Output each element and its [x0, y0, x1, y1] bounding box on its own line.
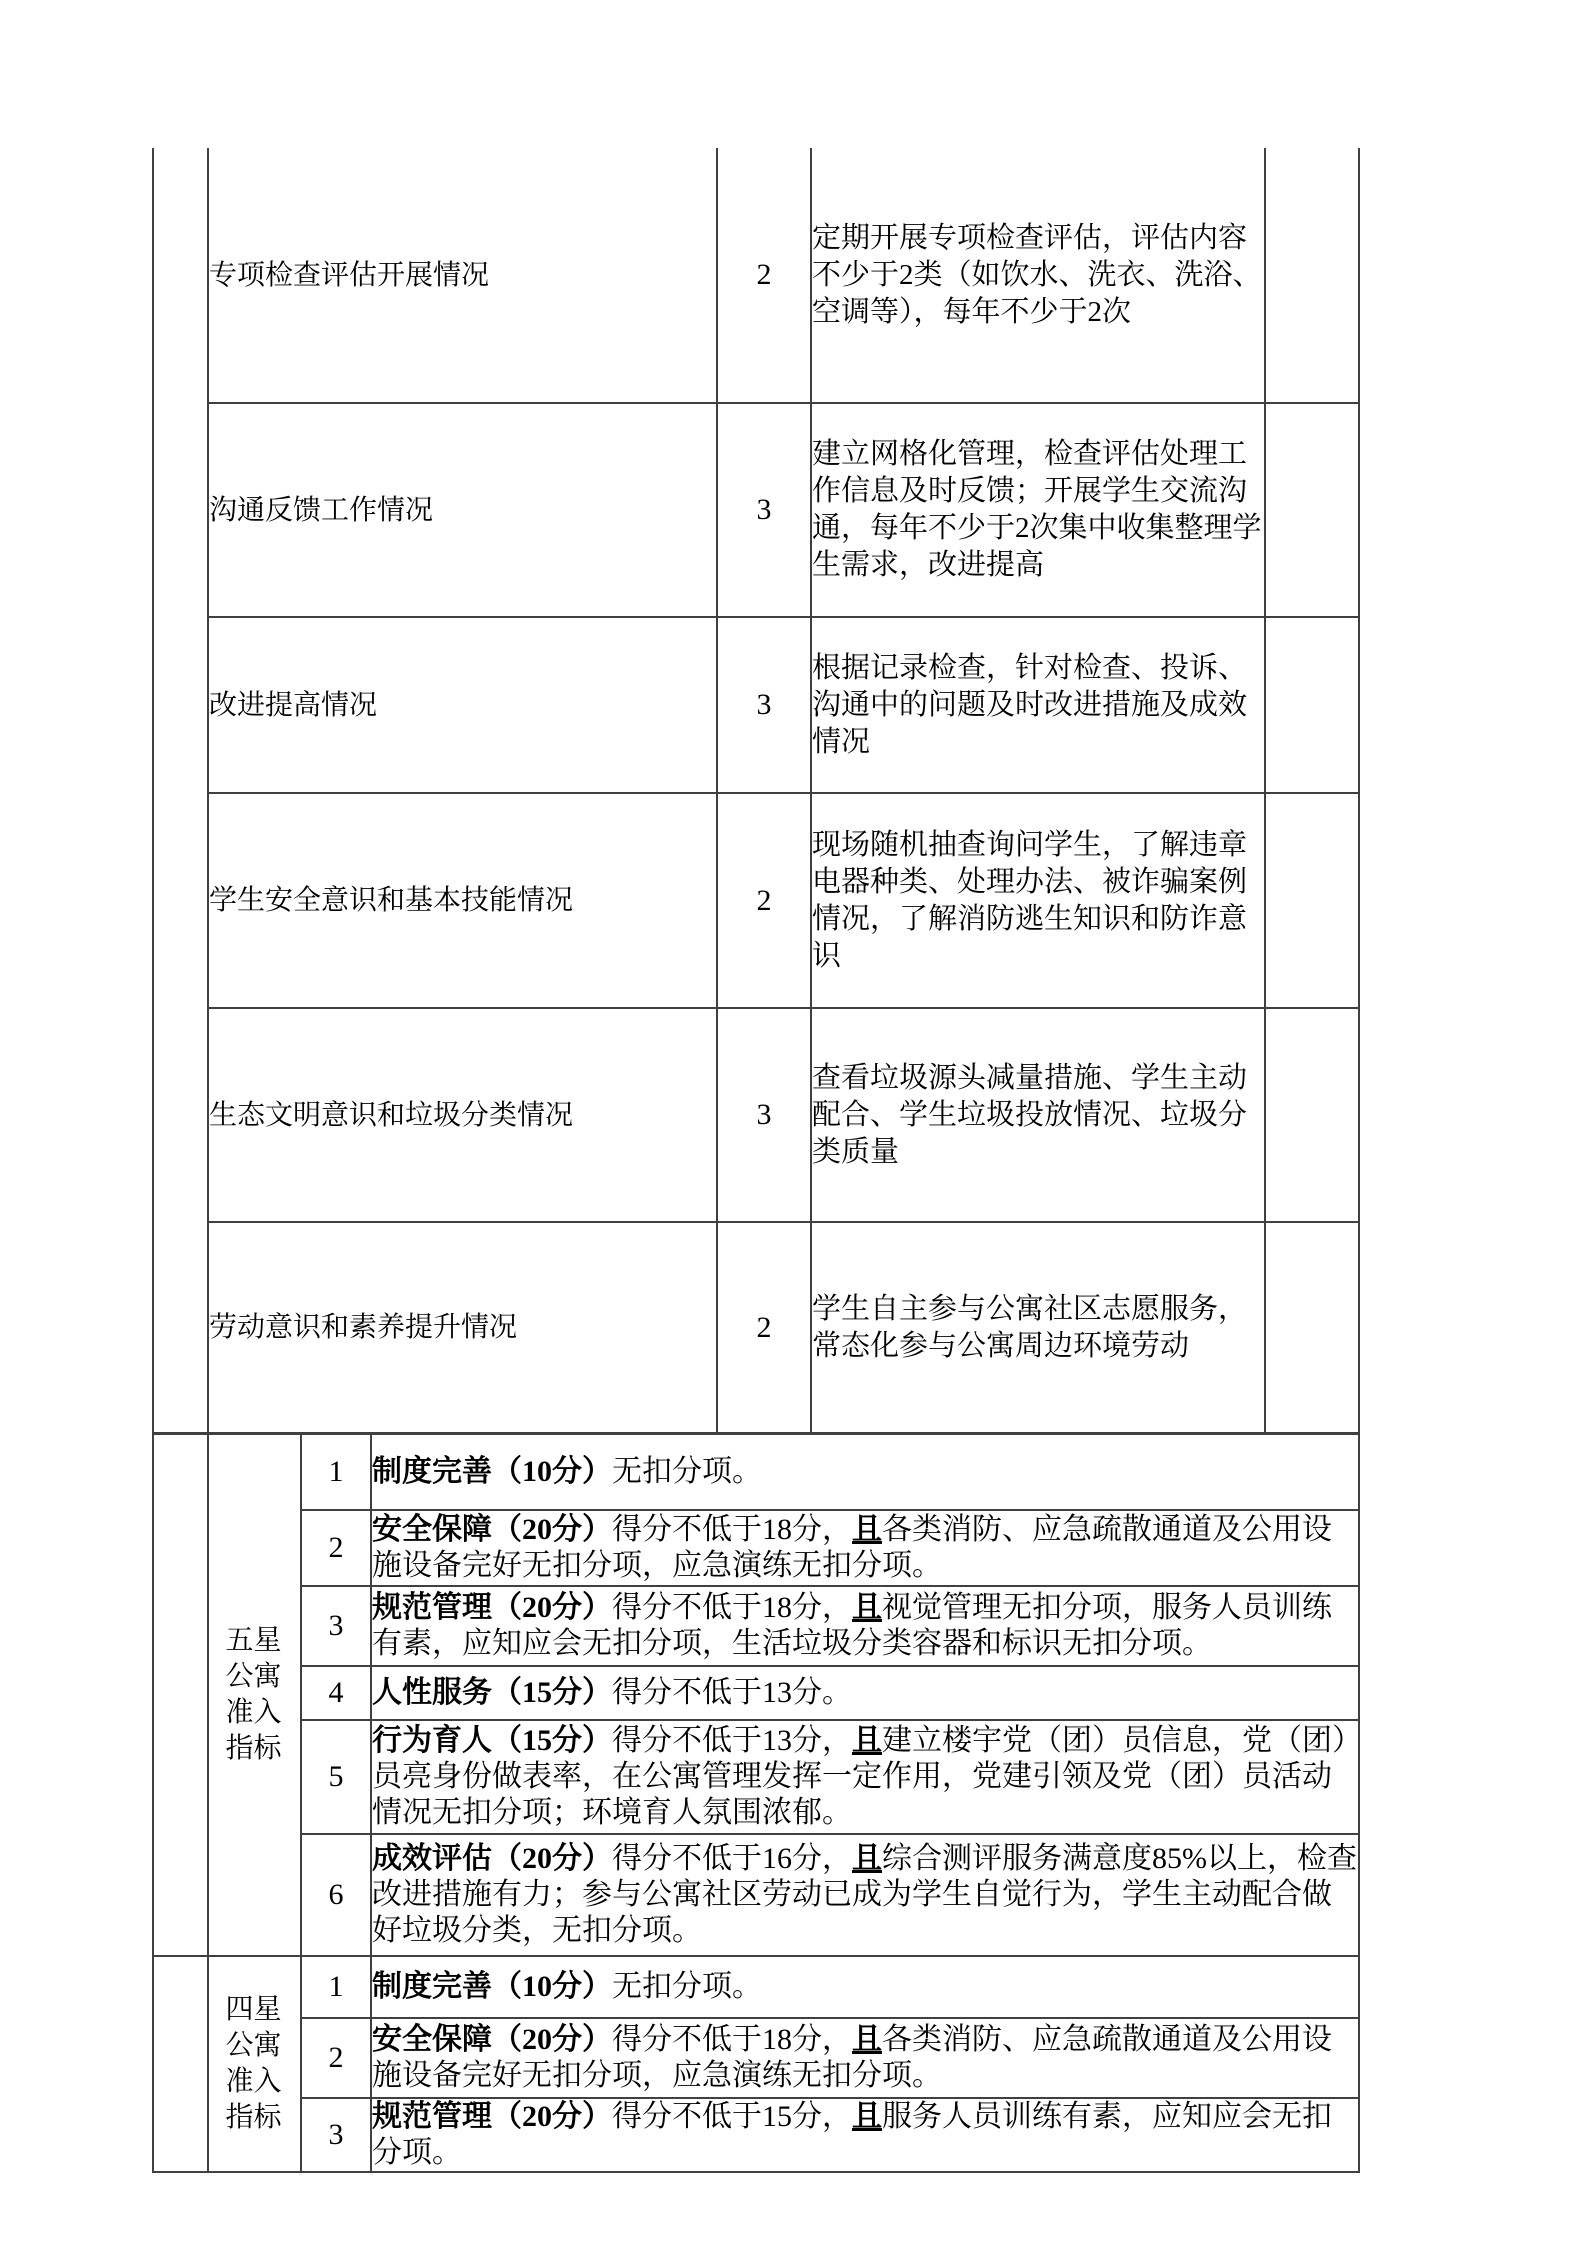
indicator-label: 改进提高情况: [208, 617, 717, 793]
evaluation-table-upper: 专项检查评估开展情况 2 定期开展专项检查评估，评估内容不少于2类（如饮水、洗衣…: [152, 148, 1360, 1434]
section-label: 四星公寓准入指标: [208, 1956, 301, 2172]
criteria-text: 规范管理（20分）得分不低于18分，且视觉管理无扣分项，服务人员训练有素，应知应…: [371, 1586, 1359, 1666]
criteria-body: 得分不低于15分，: [612, 2100, 852, 2133]
criteria-and-marker: 且: [852, 2023, 882, 2056]
indicator-label: 劳动意识和素养提升情况: [208, 1222, 717, 1433]
criteria-text: 安全保障（20分）得分不低于18分，且各类消防、应急疏散通道及公用设施设备完好无…: [371, 2018, 1359, 2098]
table-row: 3 规范管理（20分）得分不低于18分，且视觉管理无扣分项，服务人员训练有素，应…: [153, 1586, 1359, 1666]
indicator-description: 现场随机抽查询问学生，了解违章电器种类、处理办法、被诈骗案例情况，了解消防逃生知…: [811, 793, 1265, 1008]
criteria-body: 得分不低于16分，: [612, 1842, 852, 1875]
criteria-heading: 行为育人（15分）: [372, 1724, 612, 1757]
score-empty-cell: [1265, 148, 1359, 403]
criteria-number: 2: [301, 2018, 371, 2098]
indicator-label: 学生安全意识和基本技能情况: [208, 793, 717, 1008]
indicator-label: 沟通反馈工作情况: [208, 403, 717, 617]
criteria-body: 得分不低于13分。: [612, 1676, 852, 1709]
criteria-text: 制度完善（10分）无扣分项。: [371, 1434, 1359, 1510]
admission-criteria-table: 五星公寓准入指标1 制度完善（10分）无扣分项。 2 安全保障（20分）得分不低…: [152, 1433, 1360, 2173]
criteria-body: 得分不低于18分，: [612, 2023, 852, 2056]
score-empty-cell: [1265, 793, 1359, 1008]
criteria-body: 无扣分项。: [612, 1455, 762, 1488]
criteria-and-marker: 且: [852, 1513, 882, 1546]
indicator-score: 3: [717, 617, 811, 793]
table-row: 学生安全意识和基本技能情况 2 现场随机抽查询问学生，了解违章电器种类、处理办法…: [153, 793, 1359, 1008]
indicator-label: 生态文明意识和垃圾分类情况: [208, 1008, 717, 1222]
criteria-body: 得分不低于18分，: [612, 1591, 852, 1624]
table-row: 劳动意识和素养提升情况 2 学生自主参与公寓社区志愿服务，常态化参与公寓周边环境…: [153, 1222, 1359, 1433]
indicator-score: 2: [717, 148, 811, 403]
criteria-and-marker: 且: [852, 2100, 882, 2133]
table-row: 2 安全保障（20分）得分不低于18分，且各类消防、应急疏散通道及公用设施设备完…: [153, 1510, 1359, 1586]
table-row: 改进提高情况 3 根据记录检查，针对检查、投诉、沟通中的问题及时改进措施及成效情…: [153, 617, 1359, 793]
table-row: 3 规范管理（20分）得分不低于15分，且服务人员训练有素，应知应会无扣分项。: [153, 2098, 1359, 2172]
indicator-description: 建立网格化管理，检查评估处理工作信息及时反馈；开展学生交流沟通，每年不少于2次集…: [811, 403, 1265, 617]
indicator-score: 2: [717, 1222, 811, 1433]
criteria-number: 6: [301, 1834, 371, 1956]
score-empty-cell: [1265, 617, 1359, 793]
criteria-heading: 制度完善（10分）: [372, 1455, 612, 1488]
criteria-and-marker: 且: [852, 1842, 882, 1875]
indicator-description: 学生自主参与公寓社区志愿服务，常态化参与公寓周边环境劳动: [811, 1222, 1265, 1433]
criteria-heading: 成效评估（20分）: [372, 1842, 612, 1875]
indicator-description: 查看垃圾源头减量措施、学生主动配合、学生垃圾投放情况、垃圾分类质量: [811, 1008, 1265, 1222]
score-empty-cell: [1265, 1008, 1359, 1222]
table-row: 4 人性服务（15分）得分不低于13分。: [153, 1666, 1359, 1720]
table-row: 生态文明意识和垃圾分类情况 3 查看垃圾源头减量措施、学生主动配合、学生垃圾投放…: [153, 1008, 1359, 1222]
criteria-number: 5: [301, 1720, 371, 1834]
table-row: 2 安全保障（20分）得分不低于18分，且各类消防、应急疏散通道及公用设施设备完…: [153, 2018, 1359, 2098]
table-row: 专项检查评估开展情况 2 定期开展专项检查评估，评估内容不少于2类（如饮水、洗衣…: [153, 148, 1359, 403]
section-label: 五星公寓准入指标: [208, 1434, 301, 1956]
criteria-text: 规范管理（20分）得分不低于15分，且服务人员训练有素，应知应会无扣分项。: [371, 2098, 1359, 2172]
criteria-body: 得分不低于18分，: [612, 1513, 852, 1546]
criteria-text: 成效评估（20分）得分不低于16分，且综合测评服务满意度85%以上，检查改进措施…: [371, 1834, 1359, 1956]
criteria-and-marker: 且: [852, 1724, 882, 1757]
table-row: 6 成效评估（20分）得分不低于16分，且综合测评服务满意度85%以上，检查改进…: [153, 1834, 1359, 1956]
criteria-heading: 规范管理（20分）: [372, 2100, 612, 2133]
criteria-number: 2: [301, 1510, 371, 1586]
section-label-text: 四星公寓准入指标: [226, 1992, 284, 2136]
score-empty-cell: [1265, 403, 1359, 617]
section-label-empty-cell: [153, 148, 208, 1433]
section-leading-empty-cell: [153, 1434, 208, 1956]
criteria-number: 1: [301, 1434, 371, 1510]
indicator-score: 3: [717, 1008, 811, 1222]
criteria-text: 安全保障（20分）得分不低于18分，且各类消防、应急疏散通道及公用设施设备完好无…: [371, 1510, 1359, 1586]
criteria-text: 制度完善（10分）无扣分项。: [371, 1956, 1359, 2018]
criteria-text: 人性服务（15分）得分不低于13分。: [371, 1666, 1359, 1720]
indicator-score: 3: [717, 403, 811, 617]
table-row: 四星公寓准入指标1 制度完善（10分）无扣分项。: [153, 1956, 1359, 2018]
indicator-description: 根据记录检查，针对检查、投诉、沟通中的问题及时改进措施及成效情况: [811, 617, 1265, 793]
table-row: 五星公寓准入指标1 制度完善（10分）无扣分项。: [153, 1434, 1359, 1510]
criteria-number: 3: [301, 2098, 371, 2172]
criteria-heading: 安全保障（20分）: [372, 1513, 612, 1546]
criteria-heading: 制度完善（10分）: [372, 1970, 612, 2003]
criteria-heading: 安全保障（20分）: [372, 2023, 612, 2056]
indicator-score: 2: [717, 793, 811, 1008]
criteria-number: 4: [301, 1666, 371, 1720]
score-empty-cell: [1265, 1222, 1359, 1433]
criteria-body: 无扣分项。: [612, 1970, 762, 2003]
criteria-body: 得分不低于13分，: [612, 1724, 852, 1757]
criteria-heading: 规范管理（20分）: [372, 1591, 612, 1624]
section-label-text: 五星公寓准入指标: [226, 1623, 284, 1767]
criteria-heading: 人性服务（15分）: [372, 1676, 612, 1709]
criteria-number: 1: [301, 1956, 371, 2018]
table-row: 沟通反馈工作情况 3 建立网格化管理，检查评估处理工作信息及时反馈；开展学生交流…: [153, 403, 1359, 617]
criteria-and-marker: 且: [852, 1591, 882, 1624]
indicator-label: 专项检查评估开展情况: [208, 148, 717, 403]
section-leading-empty-cell: [153, 1956, 208, 2172]
criteria-text: 行为育人（15分）得分不低于13分，且建立楼宇党（团）员信息，党（团）员亮身份做…: [371, 1720, 1359, 1834]
indicator-description: 定期开展专项检查评估，评估内容不少于2类（如饮水、洗衣、洗浴、空调等），每年不少…: [811, 148, 1265, 403]
criteria-number: 3: [301, 1586, 371, 1666]
document-page: 专项检查评估开展情况 2 定期开展专项检查评估，评估内容不少于2类（如饮水、洗衣…: [0, 0, 1587, 2245]
table-row: 5 行为育人（15分）得分不低于13分，且建立楼宇党（团）员信息，党（团）员亮身…: [153, 1720, 1359, 1834]
